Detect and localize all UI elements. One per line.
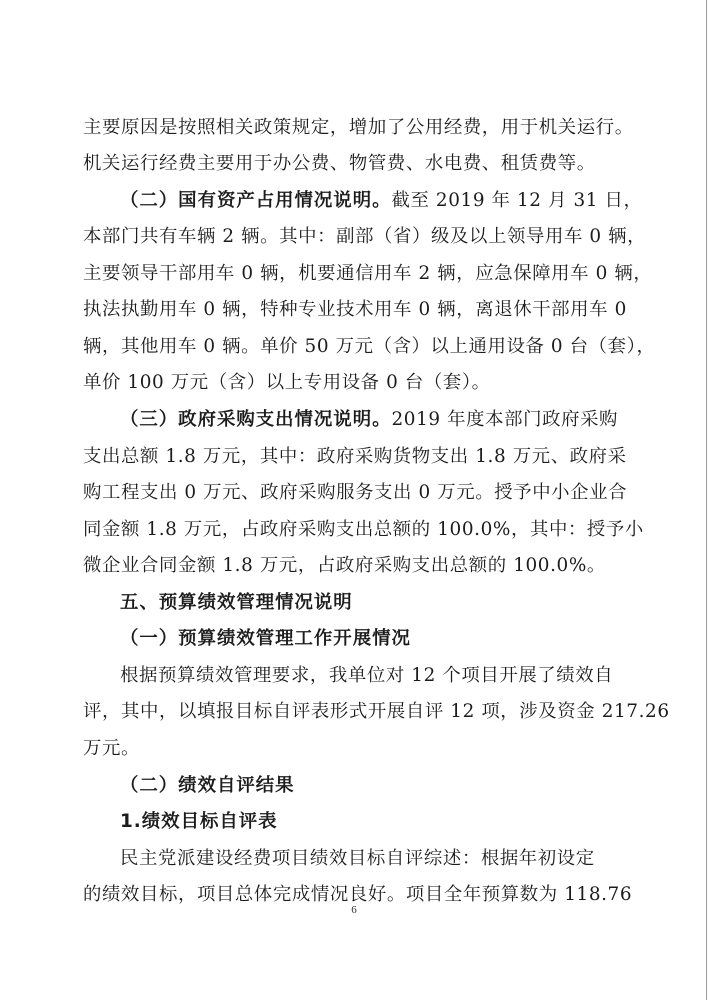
section-heading-line: （三）政府采购支出情况说明。2019 年度本部门政府采购 bbox=[120, 405, 643, 435]
paragraph-line: 购工程支出 0 万元、政府采购服务支出 0 万元。授予中小企业合 bbox=[83, 478, 643, 508]
paragraph-line: 根据预算绩效管理要求，我单位对 12 个项目开展了绩效自 bbox=[120, 661, 643, 691]
subsection-heading-table: 1.绩效目标自评表 bbox=[120, 807, 643, 837]
paragraph-line: 主要原因是按照相关政策规定，增加了公用经费，用于机关运行。 bbox=[83, 113, 643, 143]
paragraph-line: 主要领导干部用车 0 辆，机要通信用车 2 辆，应急保障用车 0 辆， bbox=[83, 259, 643, 289]
paragraph-line: 执法执勤用车 0 辆，特种专业技术用车 0 辆，离退休干部用车 0 bbox=[83, 295, 643, 325]
paragraph-text: 截至 2019 年 12 月 31 日， bbox=[391, 190, 642, 211]
paragraph-line: 同金额 1.8 万元，占政府采购支出总额的 100.0%，其中：授予小 bbox=[83, 515, 643, 545]
paragraph-line: 机关运行经费主要用于办公费、物管费、水电费、租赁费等。 bbox=[83, 149, 643, 179]
page-edge-divider bbox=[706, 0, 707, 1000]
paragraph-text: 2019 年度本部门政府采购 bbox=[391, 409, 618, 430]
paragraph-line: 评，其中，以填报目标自评表形式开展自评 12 项，涉及资金 217.26 bbox=[83, 697, 643, 727]
paragraph-line: 支出总额 1.8 万元，其中：政府采购货物支出 1.8 万元、政府采 bbox=[83, 442, 643, 472]
section-heading-procurement: （三）政府采购支出情况说明。 bbox=[120, 409, 391, 430]
paragraph-line: 万元。 bbox=[83, 734, 643, 764]
section-heading-line: （二）国有资产占用情况说明。截至 2019 年 12 月 31 日， bbox=[120, 186, 643, 216]
paragraph-line: 辆，其他用车 0 辆。单价 50 万元（含）以上通用设备 0 台（套）， bbox=[83, 332, 643, 362]
paragraph-line: 单价 100 万元（含）以上专用设备 0 台（套）。 bbox=[83, 368, 643, 398]
subsection-heading-results: （二）绩效自评结果 bbox=[120, 771, 643, 801]
subsection-heading-work: （一）预算绩效管理工作开展情况 bbox=[120, 624, 643, 654]
document-page: 主要原因是按照相关政策规定，增加了公用经费，用于机关运行。 机关运行经费主要用于… bbox=[0, 0, 708, 1000]
paragraph-line: 民主党派建设经费项目绩效目标自评综述：根据年初设定 bbox=[120, 844, 643, 874]
page-number: 6 bbox=[0, 904, 708, 916]
section-heading-performance: 五、预算绩效管理情况说明 bbox=[120, 588, 643, 618]
section-heading-assets: （二）国有资产占用情况说明。 bbox=[120, 190, 391, 211]
paragraph-line: 本部门共有车辆 2 辆。其中：副部（省）级及以上领导用车 0 辆， bbox=[83, 222, 643, 252]
paragraph-line: 微企业合同金额 1.8 万元，占政府采购支出总额的 100.0%。 bbox=[83, 551, 643, 581]
